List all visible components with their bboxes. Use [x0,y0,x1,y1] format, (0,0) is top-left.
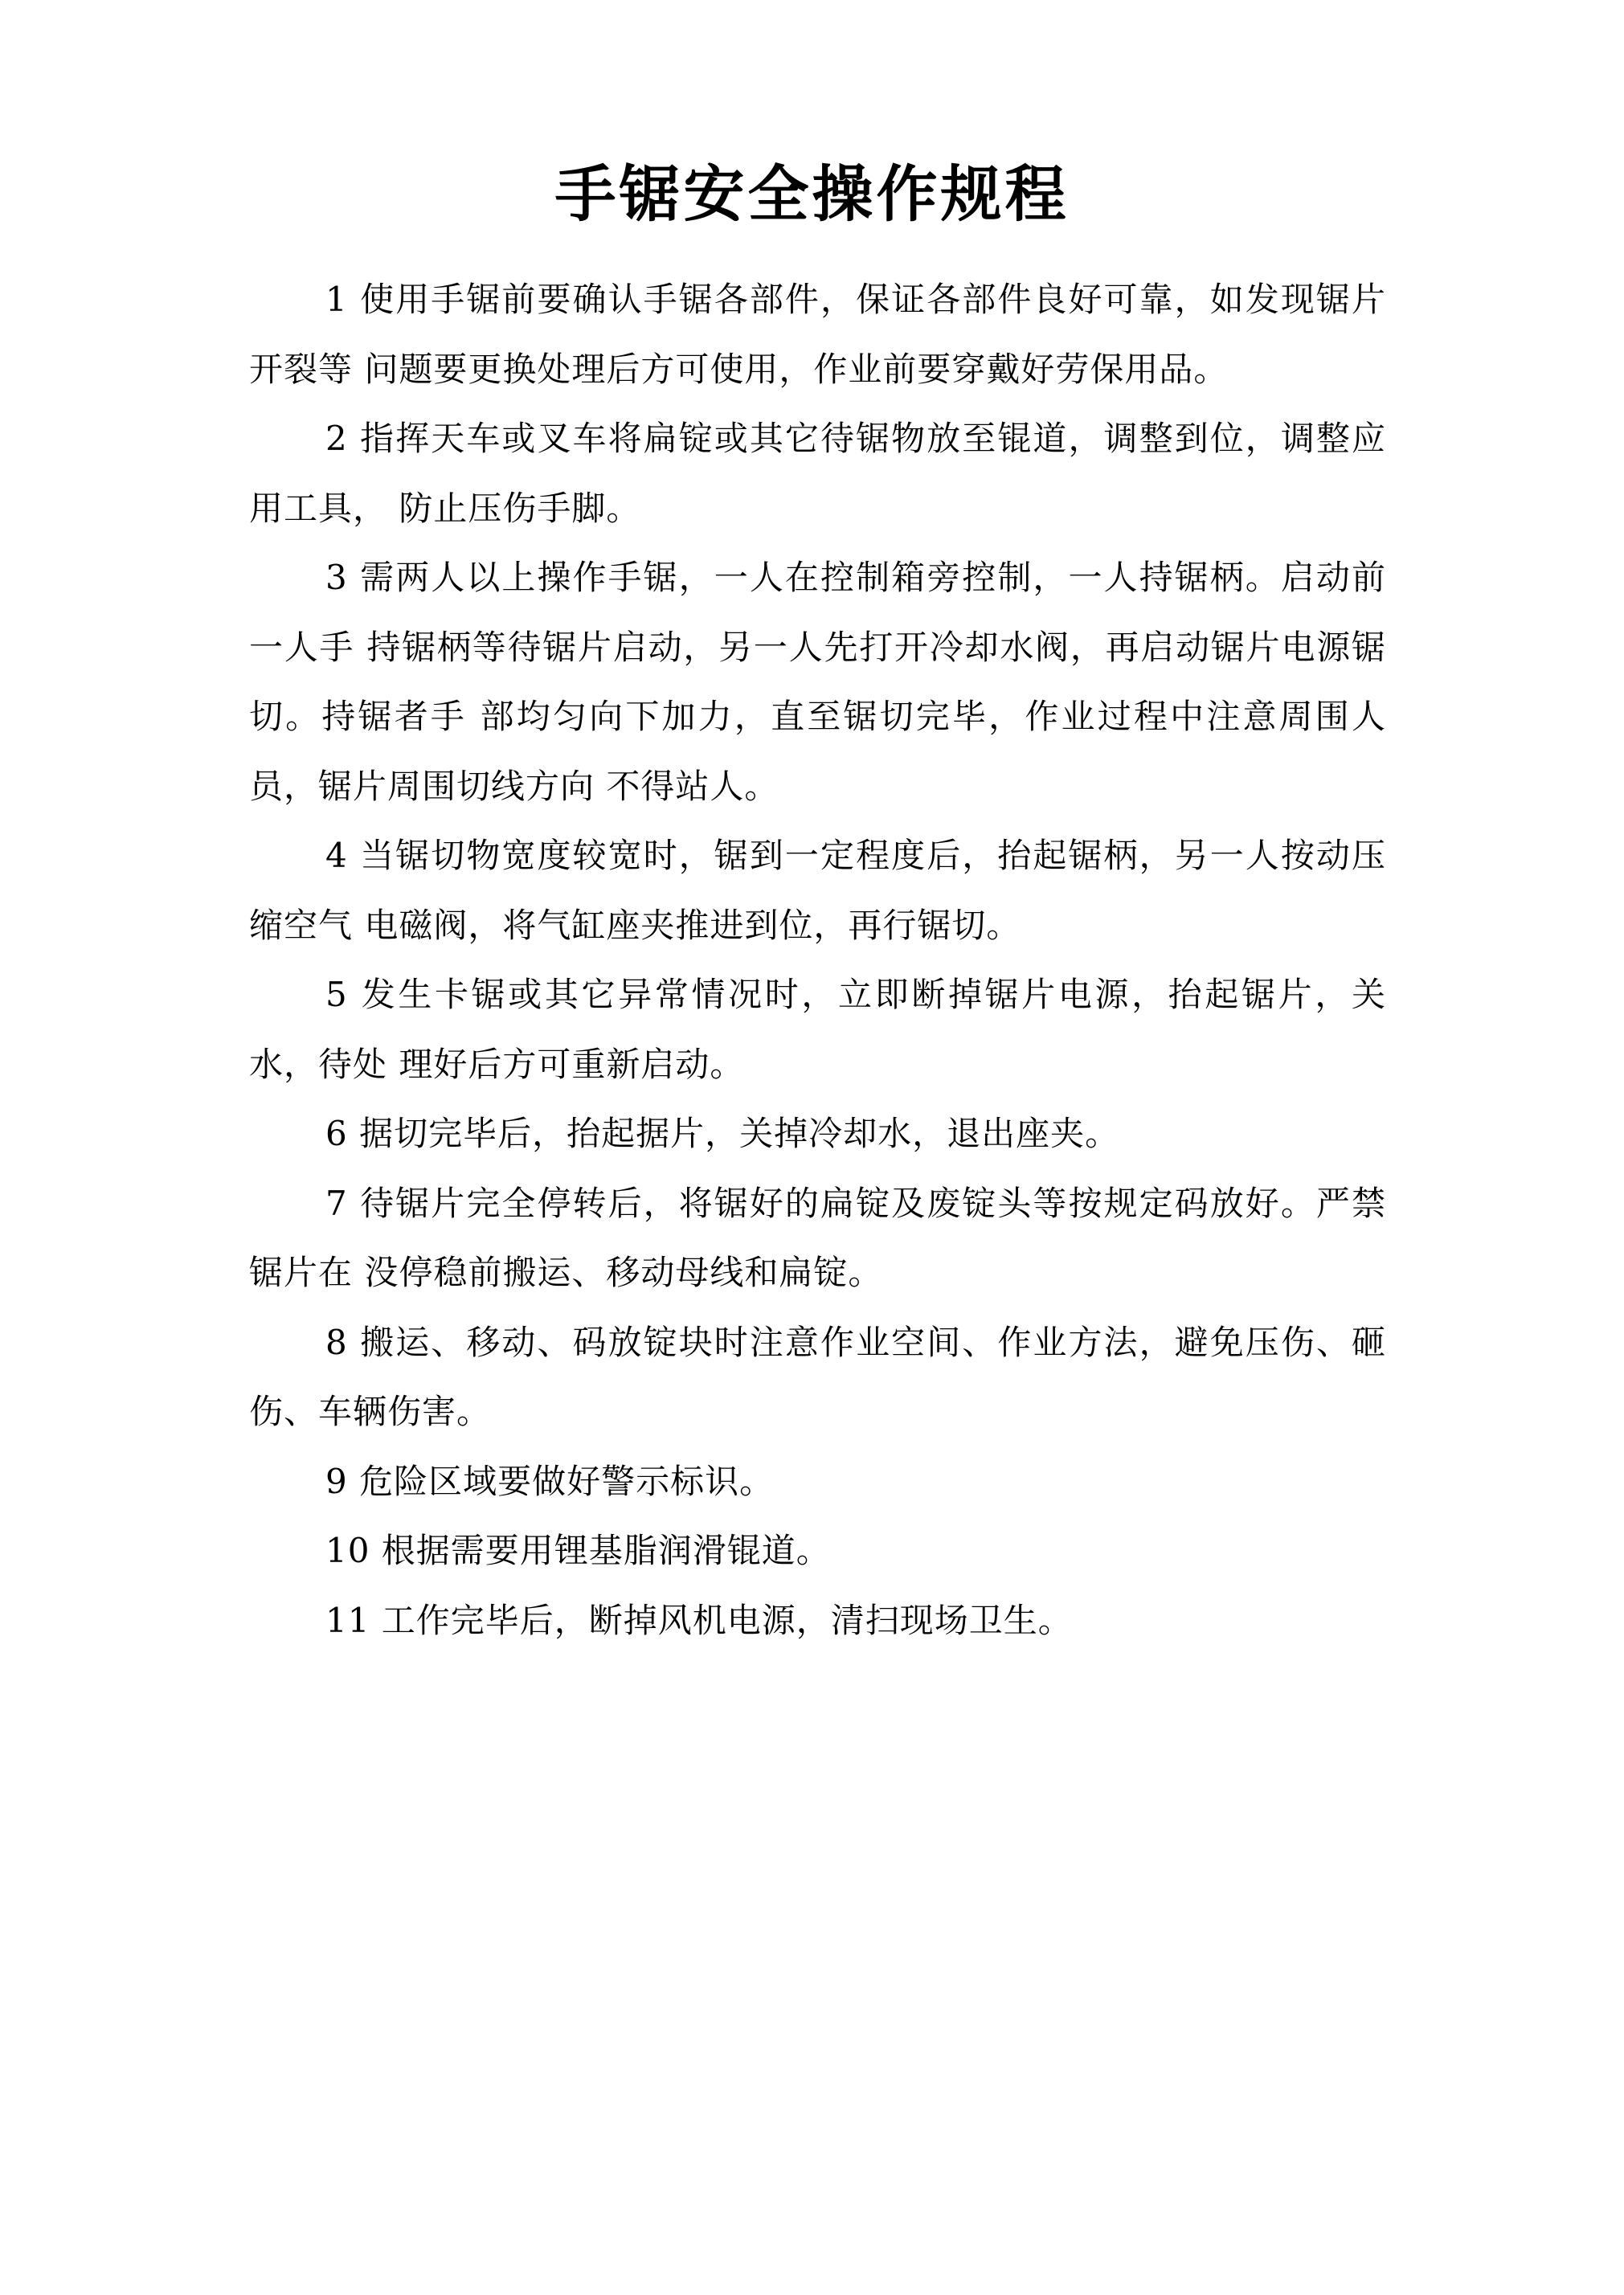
paragraph-4: 4 当锯切物宽度较宽时，锯到一定程度后，抬起锯柄，另一人按动压缩空气 电磁阀，将… [249,821,1386,960]
paragraph-11: 11 工作完毕后，断掉风机电源，清扫现场卫生。 [249,1586,1386,1656]
paragraph-5: 5 发生卡锯或其它异常情况时，立即断掉锯片电源，抬起锯片，关水，待处 理好后方可… [249,960,1386,1099]
paragraph-6: 6 据切完毕后，抬起据片，关掉冷却水，退出座夹。 [249,1099,1386,1169]
paragraph-2: 2 指挥天车或叉车将扁锭或其它待锯物放至锟道，调整到位，调整应用工具， 防止压伤… [249,404,1386,543]
document-title: 手锯安全操作规程 [0,154,1624,235]
paragraph-3: 3 需两人以上操作手锯，一人在控制箱旁控制，一人持锯柄。启动前一人手 持锯柄等待… [249,543,1386,821]
paragraph-1: 1 使用手锯前要确认手锯各部件，保证各部件良好可靠，如发现锯片开裂等 问题要更换… [249,265,1386,404]
document-body: 1 使用手锯前要确认手锯各部件，保证各部件良好可靠，如发现锯片开裂等 问题要更换… [249,265,1386,1655]
document-page: 手锯安全操作规程 1 使用手锯前要确认手锯各部件，保证各部件良好可靠，如发现锯片… [0,0,1624,2295]
paragraph-8: 8 搬运、移动、码放锭块时注意作业空间、作业方法，避免压伤、砸伤、车辆伤害。 [249,1308,1386,1447]
paragraph-10: 10 根据需要用锂基脂润滑锟道。 [249,1516,1386,1586]
paragraph-9: 9 危险区域要做好警示标识。 [249,1447,1386,1517]
paragraph-7: 7 待锯片完全停转后，将锯好的扁锭及废锭头等按规定码放好。严禁锯片在 没停稳前搬… [249,1169,1386,1308]
